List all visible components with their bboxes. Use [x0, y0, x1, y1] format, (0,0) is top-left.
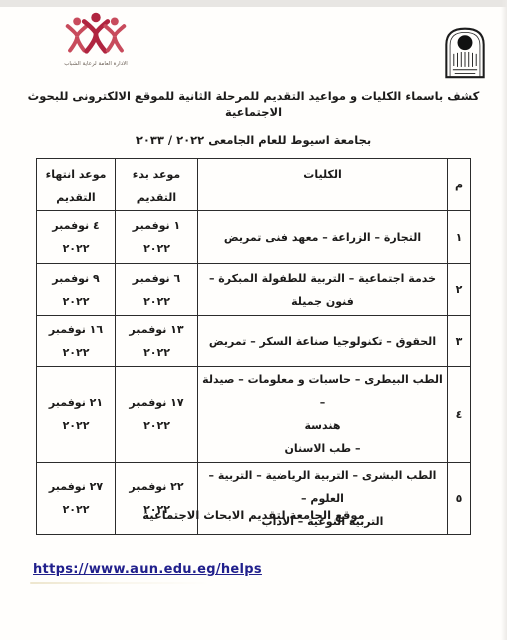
row-index: ٤	[448, 367, 471, 462]
header-colleges: الكليات	[198, 159, 448, 211]
row-colleges: الحقوق – تكنولوجيا صناعة السكر – تمريض	[198, 316, 448, 367]
row-start-date: ١٧ نوفمبر ٢٠٢٢	[116, 367, 198, 462]
scan-smudge-artifact	[30, 582, 210, 584]
row-end-date: ٩ نوفمبر ٢٠٢٢	[37, 264, 116, 316]
row-colleges: الطب البيطرى – حاسبات و معلومات – صيدلة …	[198, 367, 448, 462]
table-row: ٣ الحقوق – تكنولوجيا صناعة السكر – تمريض…	[37, 316, 471, 367]
submission-url-link[interactable]: https://www.aun.edu.eg/helps	[33, 562, 262, 577]
submission-site-label: موقع الجامعة لتقديم الابحاث الاجتماعية	[10, 508, 497, 522]
document-page: الادارة العامة لرعاية الشباب كشف باسماء …	[0, 0, 507, 640]
row-start-date: ٦ نوفمبر ٢٠٢٢	[116, 264, 198, 316]
row-end-date: ٢١ نوفمبر ٢٠٢٢	[37, 367, 116, 462]
row-colleges: التجارة – الزراعة – معهد فنى تمريض	[198, 211, 448, 264]
scan-edge-shadow	[501, 0, 507, 640]
row-index: ٥	[448, 462, 471, 534]
university-seal-icon	[441, 24, 489, 80]
table-row: ٢ خدمة اجتماعية – التربية للطفولة المبكر…	[37, 264, 471, 316]
row-start-date: ٢٢ نوفمبر ٢٠٢٢	[116, 462, 198, 534]
row-colleges: خدمة اجتماعية – التربية للطفولة المبكرة …	[198, 264, 448, 316]
row-start-date: ١ نوفمبر ٢٠٢٢	[116, 211, 198, 264]
application-schedule-table: م الكليات موعد بدء التقديم موعد انتهاء ا…	[36, 158, 471, 535]
row-end-date: ٢٧ نوفمبر ٢٠٢٢	[37, 462, 116, 534]
row-index: ١	[448, 211, 471, 264]
table-row: ١ التجارة – الزراعة – معهد فنى تمريض ١ ن…	[37, 211, 471, 264]
title-line-1: كشف باسماء الكليات و مواعيد التقديم للمر…	[10, 88, 497, 120]
header-end-date: موعد انتهاء التقديم	[37, 159, 116, 211]
header-index: م	[448, 159, 471, 211]
document-title: كشف باسماء الكليات و مواعيد التقديم للمر…	[10, 88, 497, 147]
header-start-date: موعد بدء التقديم	[116, 159, 198, 211]
row-index: ٣	[448, 316, 471, 367]
youth-welfare-logo: الادارة العامة لرعاية الشباب	[50, 12, 142, 67]
youth-welfare-figures-icon	[56, 41, 136, 60]
row-colleges: الطب البشرى – التربية الرياضية – التربية…	[198, 462, 448, 534]
row-index: ٢	[448, 264, 471, 316]
scan-top-strip	[0, 0, 507, 7]
row-end-date: ١٦ نوفمبر ٢٠٢٢	[37, 316, 116, 367]
row-end-date: ٤ نوفمبر ٢٠٢٢	[37, 211, 116, 264]
youth-welfare-logo-caption: الادارة العامة لرعاية الشباب	[50, 61, 142, 67]
row-start-date: ١٣ نوفمبر ٢٠٢٢	[116, 316, 198, 367]
table-row: ٥ الطب البشرى – التربية الرياضية – الترب…	[37, 462, 471, 534]
table-row: ٤ الطب البيطرى – حاسبات و معلومات – صيدل…	[37, 367, 471, 462]
submission-url-line: https://www.aun.edu.eg/helps	[33, 558, 262, 577]
title-line-2: بجامعة اسيوط للعام الجامعى ٢٠٢٢ / ٢٠٣٣	[10, 133, 497, 147]
table-header-row: م الكليات موعد بدء التقديم موعد انتهاء ا…	[37, 159, 471, 211]
